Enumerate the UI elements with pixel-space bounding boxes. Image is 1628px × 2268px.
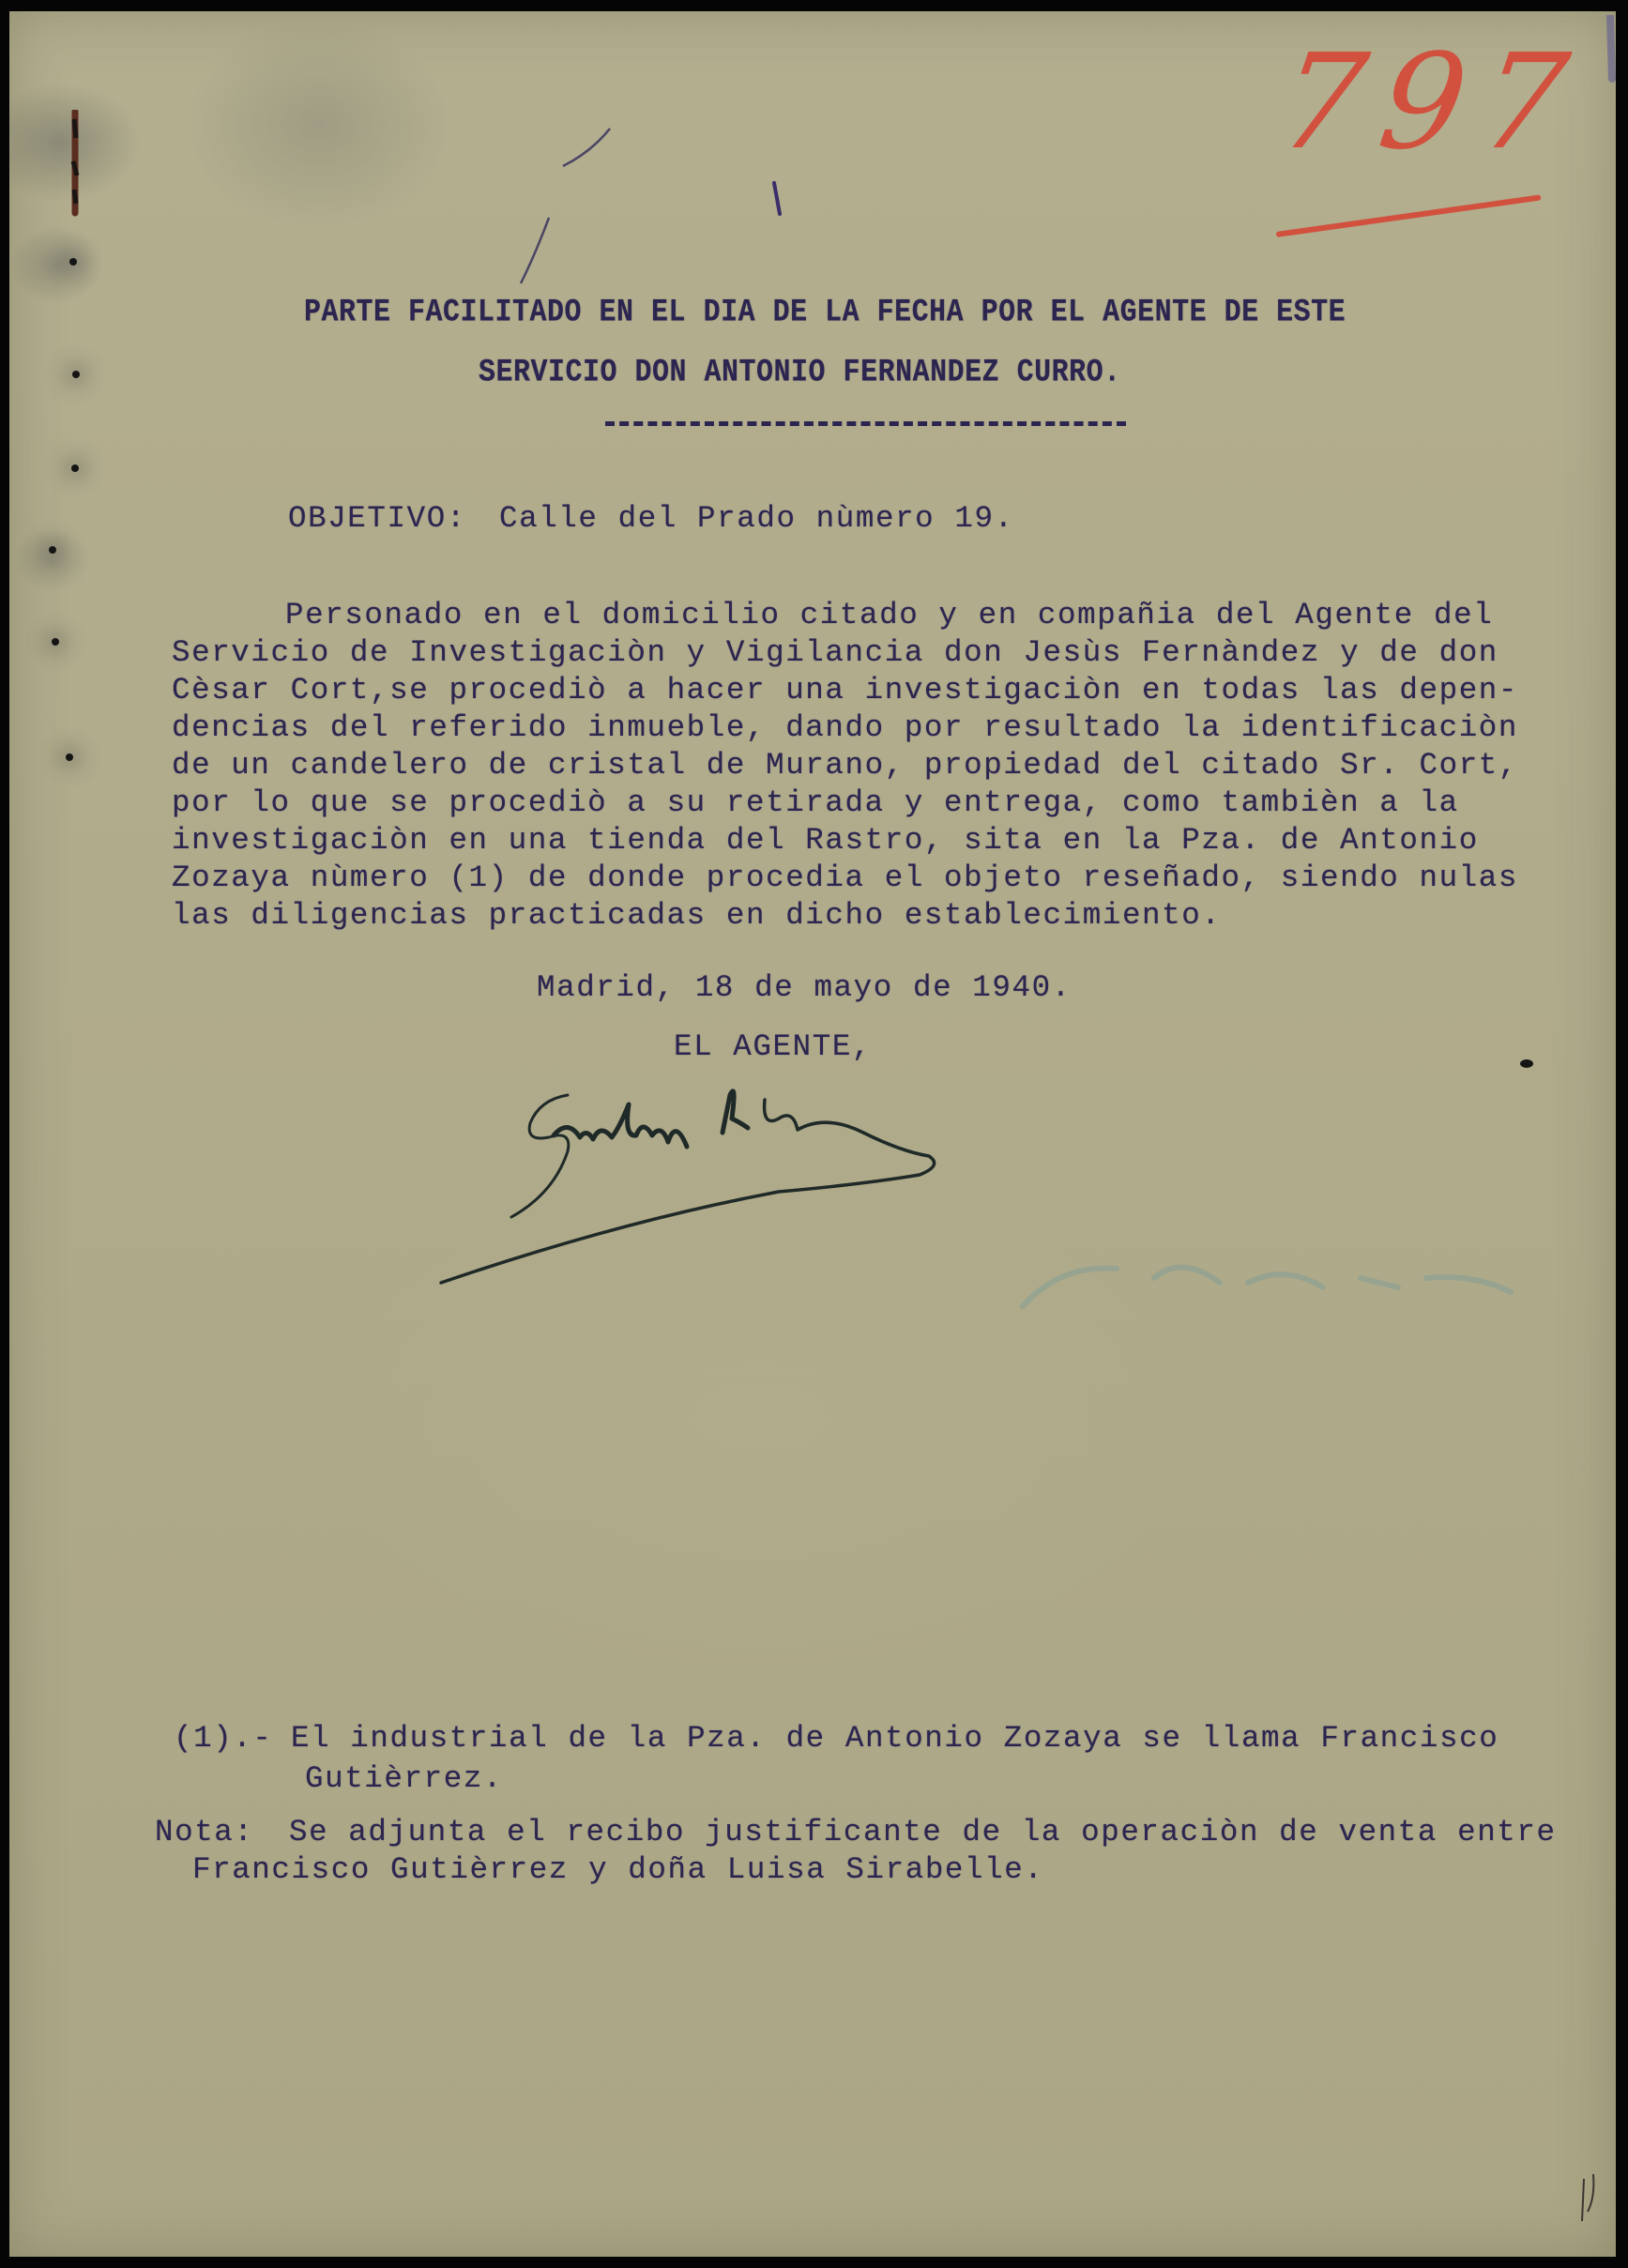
- date-line: Madrid, 18 de mayo de 1940.: [537, 970, 1072, 1005]
- folio-underline: [1276, 194, 1542, 237]
- title-underline-rule: [605, 421, 1126, 426]
- objective-label: OBJETIVO:: [288, 501, 466, 536]
- ink-blot: [1520, 1059, 1533, 1068]
- document-title-line-1: PARTE FACILITADO EN EL DIA DE LA FECHA P…: [304, 295, 1346, 331]
- binder-hole: [49, 546, 56, 554]
- body-line: dencias del referido inmueble, dando por…: [172, 710, 1518, 745]
- body-line: de un candelero de cristal de Murano, pr…: [172, 748, 1518, 783]
- document-page: 797 PARTE FACILITADO EN EL DIA DE LA FEC…: [9, 11, 1616, 2257]
- footnote-line: Gutièrrez.: [305, 1761, 503, 1796]
- corner-ink-mark-icon: [1601, 15, 1616, 83]
- note-label: Nota:: [155, 1815, 254, 1849]
- footnote-line: El industrial de la Pza. de Antonio Zoza…: [291, 1721, 1499, 1756]
- footnote-marker: (1).-: [174, 1721, 273, 1756]
- pencil-stroke-icon: [488, 114, 629, 293]
- body-line: Cèsar Cort,se procediò a hacer una inves…: [172, 673, 1518, 708]
- body-line: investigaciòn en una tienda del Rastro, …: [172, 823, 1479, 858]
- body-line: por lo que se procediò a su retirada y e…: [172, 785, 1459, 820]
- folio-number: 797: [1271, 38, 1591, 169]
- pencil-tick-icon: [1576, 2169, 1605, 2226]
- objective-value: Calle del Prado nùmero 19.: [499, 501, 1014, 536]
- body-line: Zozaya nùmero (1) de donde procedia el o…: [172, 860, 1518, 895]
- faded-blue-pencil-mark-icon: [1004, 1236, 1539, 1320]
- staple-mark-icon: [66, 110, 84, 218]
- binder-hole: [72, 371, 80, 378]
- ink-dash-icon: [771, 180, 783, 218]
- binder-hole: [69, 258, 77, 266]
- note-line: Francisco Gutièrrez y doña Luisa Sirabel…: [192, 1852, 1043, 1887]
- note-line: Se adjunta el recibo justificante de la …: [289, 1815, 1557, 1849]
- binder-hole: [52, 638, 59, 646]
- body-line: las diligencias practicadas en dicho est…: [172, 898, 1221, 933]
- body-line: Personado en el domicilio citado y en co…: [285, 598, 1493, 632]
- document-title-line-2: SERVICIO DON ANTONIO FERNANDEZ CURRO.: [479, 355, 1121, 391]
- binder-hole: [71, 464, 79, 472]
- body-line: Servicio de Investigaciòn y Vigilancia d…: [172, 635, 1499, 670]
- binder-hole: [66, 753, 73, 761]
- signatory-label: EL AGENTE,: [674, 1029, 872, 1064]
